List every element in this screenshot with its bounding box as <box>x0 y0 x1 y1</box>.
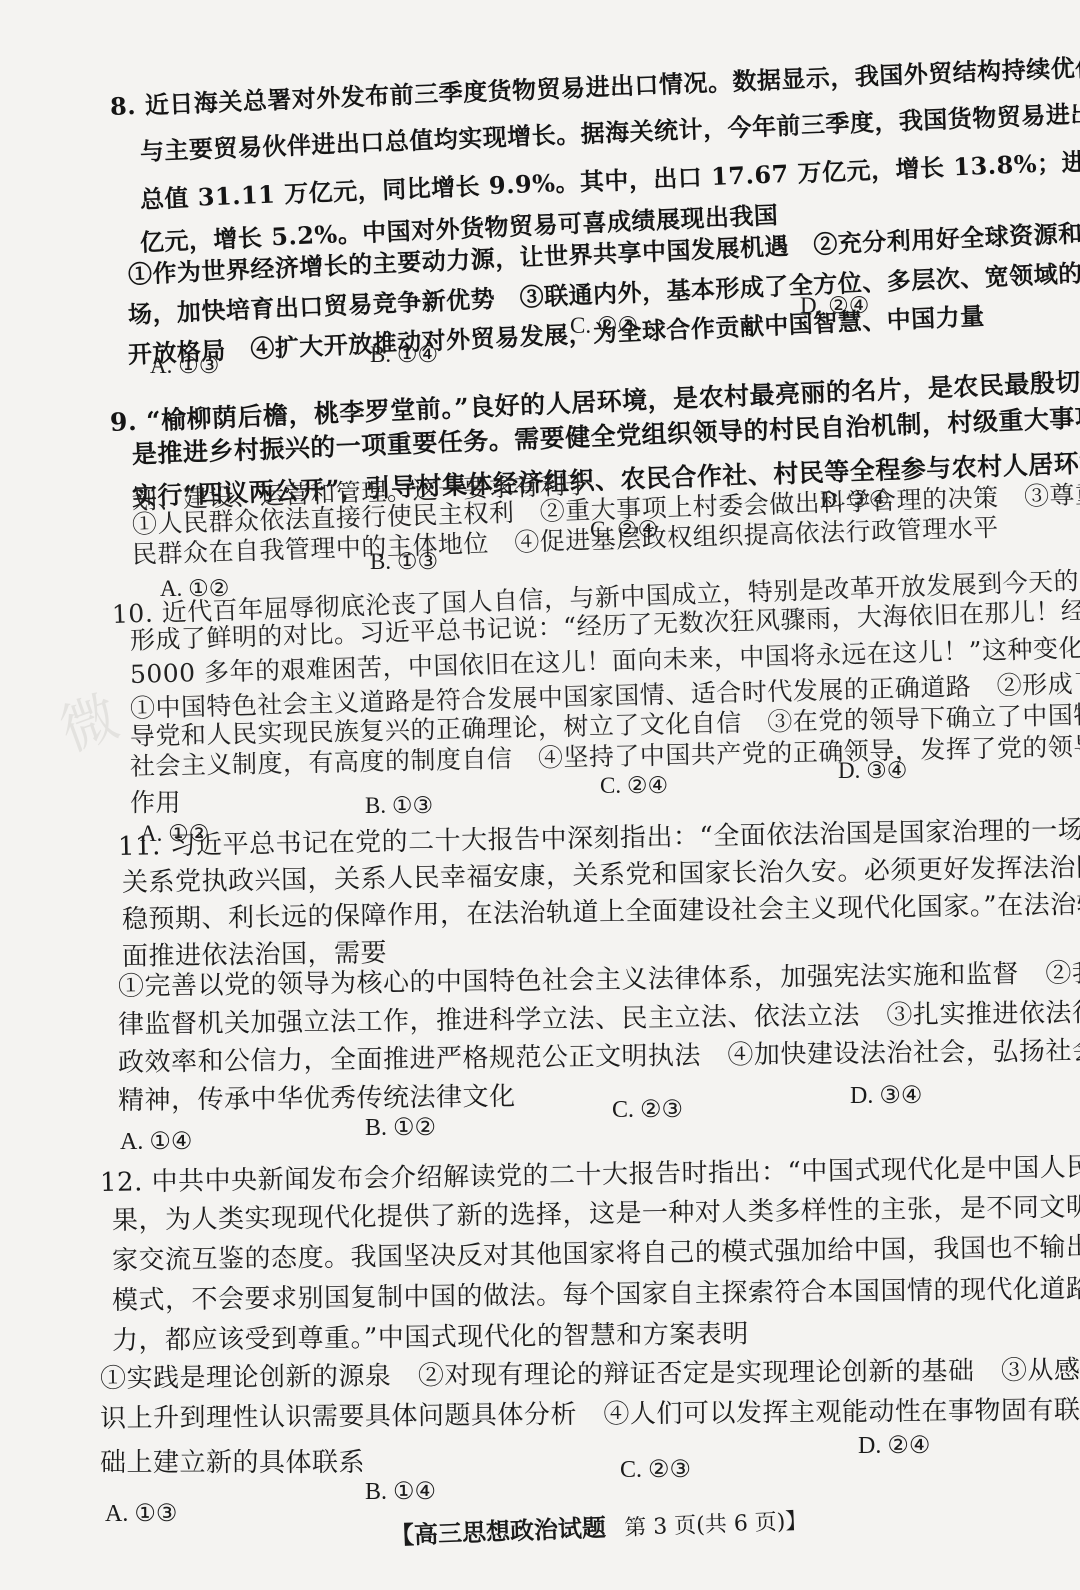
q12-option-c[interactable]: C. ②③ <box>620 1456 691 1484</box>
q11-option-b[interactable]: B. ①② <box>365 1114 436 1142</box>
q9-option-d[interactable]: D. ③④ <box>820 486 889 514</box>
q8-option-a[interactable]: A. ①③ <box>150 352 219 380</box>
q10-option-c[interactable]: C. ②④ <box>600 772 668 800</box>
q12-line-7: 识上升到理性认识需要具体问题具体分析 ④人们可以发挥主观能动性在事物固有联系基 <box>100 1395 1080 1434</box>
q11-line-6: 律监督机关加强立法工作，推进科学立法、民主立法、依法立法 ③扎实推进依法行政，提… <box>118 996 1080 1040</box>
q11-option-d[interactable]: D. ③④ <box>850 1082 922 1110</box>
q11-option-c[interactable]: C. ②③ <box>612 1096 683 1124</box>
q12-line-3: 家交流互鉴的态度。我国坚决反对其他国家将自己的模式强加给中国，我国也不输出中国 <box>112 1232 1080 1276</box>
exam-page: 微 8. 近日海关总署对外发布前三季度货物贸易进出口情况。数据显示，我国外贸结构… <box>0 0 1080 1590</box>
q10-line-7: 作用 <box>130 788 181 818</box>
q12-line-8: 础上建立新的具体联系 <box>100 1448 365 1478</box>
footer-page-number: 第 3 页(共 6 页)】 <box>624 1509 808 1541</box>
footer-subject: 【高三思想政治试题 <box>390 1513 607 1550</box>
q11-option-a[interactable]: A. ①④ <box>120 1128 192 1156</box>
q12-line-1: 12. 中共中央新闻发布会介绍解读党的二十大报告时指出：“中国式现代化是中国人民… <box>100 1151 1080 1198</box>
q12-line-6: ①实践是理论创新的源泉 ②对现有理论的辩证否定是实现理论创新的基础 ③从感性认 <box>100 1355 1080 1394</box>
q12-line-2: 果，为人类实现现代化提供了新的选择，这是一种对人类多样性的主张，是不同文明、不同… <box>112 1191 1080 1236</box>
q12-option-a[interactable]: A. ①③ <box>105 1500 177 1528</box>
q10-option-b[interactable]: B. ①③ <box>365 792 433 820</box>
q8-option-b[interactable]: B. ①④ <box>370 341 438 369</box>
q8-option-c[interactable]: C. ②③ <box>570 312 638 340</box>
q10-option-d[interactable]: D. ③④ <box>838 757 907 785</box>
q11-line-7: 政效率和公信力，全面推进严格规范公正文明执法 ④加快建设法治社会，弘扬社会主义法… <box>118 1035 1080 1078</box>
page-footer: 【高三思想政治试题 第 3 页(共 6 页)】 <box>389 1500 808 1551</box>
q12-option-b[interactable]: B. ①④ <box>365 1478 436 1506</box>
q12-line-4: 模式，不会要求别国复制中国的做法。每个国家自主探索符合本国国情的现代化道路的努 <box>112 1273 1080 1316</box>
q9-option-c[interactable]: C. ②④ <box>590 516 658 544</box>
q12-option-d[interactable]: D. ②④ <box>858 1432 930 1460</box>
watermark: 微 <box>48 673 128 767</box>
q12-line-5: 力，都应该受到尊重。”中国式现代化的智慧和方案表明 <box>112 1319 749 1356</box>
q11-line-4: 面推进依法治国，需要 <box>122 938 387 972</box>
q11-line-8: 精神，传承中华优秀传统法律文化 <box>118 1082 516 1116</box>
q8-option-d[interactable]: D. ②④ <box>800 292 869 320</box>
q9-option-b[interactable]: B. ①③ <box>370 548 438 576</box>
